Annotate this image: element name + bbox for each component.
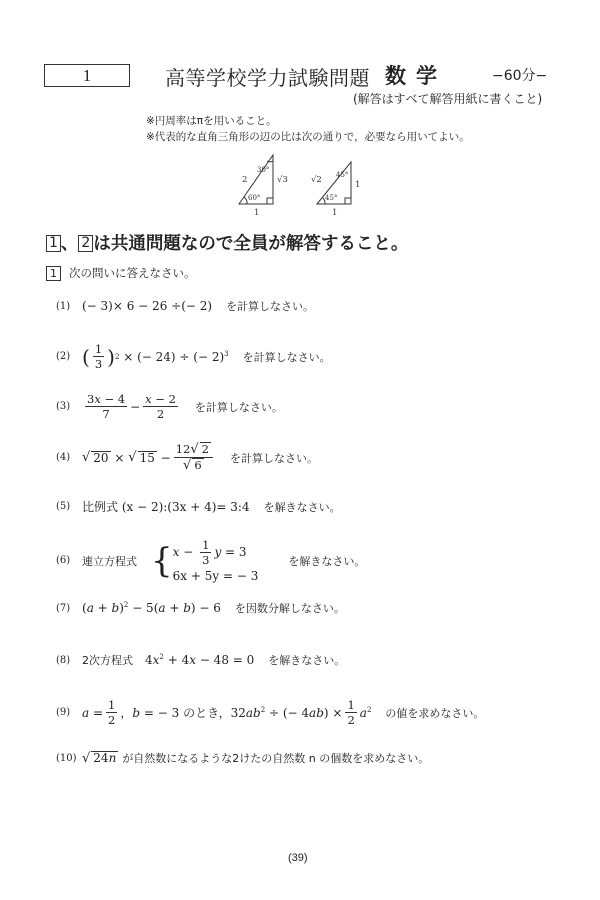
common-problems-heading: 1、2は共通問題なので全員が解答すること。: [46, 230, 408, 255]
svg-text:45°: 45°: [336, 171, 348, 179]
question-4: (4) √20 × √15 − 12√2√6 を計算しなさい。: [56, 442, 318, 473]
question-7: (7) (a + b)2 − 5(a + b) − 6 を因数分解しなさい。: [56, 600, 345, 616]
subject-title: 数学: [385, 60, 447, 90]
question-8: (8) 2次方程式 4x2 + 4x − 48 = 0 を解きなさい。: [56, 652, 345, 668]
problem-number-box: 1: [44, 64, 130, 87]
svg-text:√2: √2: [311, 175, 322, 185]
triangle-diagrams: 2 30° √3 60° 1 √2 45° 1 45° 1: [225, 152, 375, 220]
svg-text:2: 2: [242, 175, 247, 185]
svg-text:1: 1: [355, 180, 360, 190]
svg-text:45°: 45°: [325, 194, 337, 202]
section-intro: 1次の問いに答えなさい。: [46, 265, 196, 281]
answer-note: (解答はすべて解答用紙に書くこと): [353, 90, 542, 107]
question-6: (6) 連立方程式 { x − 13y = 3 6x + 5y = − 3 を解…: [56, 538, 365, 583]
time-limit: −60分−: [492, 65, 547, 85]
question-2: (2) (13)2 × (− 24) ÷ (− 2)3 を計算しなさい。: [56, 342, 331, 371]
question-5: (5) 比例式 (x − 2):(3x + 4)= 3:4 を解きなさい。: [56, 498, 341, 515]
question-10: (10) √24n が自然数になるような2けたの自然数 n の個数を求めなさい。: [56, 750, 429, 766]
box-1: 1: [46, 235, 61, 252]
note-triangles: ※代表的な直角三角形の辺の比は次の通りで，必要なら用いてよい。: [146, 129, 470, 144]
svg-text:60°: 60°: [248, 194, 260, 202]
section-box: 1: [46, 266, 61, 281]
exam-title: 高等学校学力試験問題: [165, 62, 370, 91]
note-pi: ※円周率はπを用いること。: [146, 113, 277, 128]
page-number: (39): [288, 852, 308, 864]
svg-text:1: 1: [332, 208, 337, 218]
svg-text:√3: √3: [277, 175, 288, 185]
svg-text:30°: 30°: [257, 166, 269, 174]
question-3: (3) 3x − 47 − x − 22 を計算しなさい。: [56, 392, 283, 421]
question-9: (9) a = 12 ，b = − 3 のとき，32ab2 ÷ (− 4ab) …: [56, 698, 484, 727]
box-2: 2: [78, 235, 93, 252]
svg-text:1: 1: [254, 208, 259, 218]
question-1: (1) (− 3)× 6 − 26 ÷(− 2) を計算しなさい。: [56, 298, 314, 314]
